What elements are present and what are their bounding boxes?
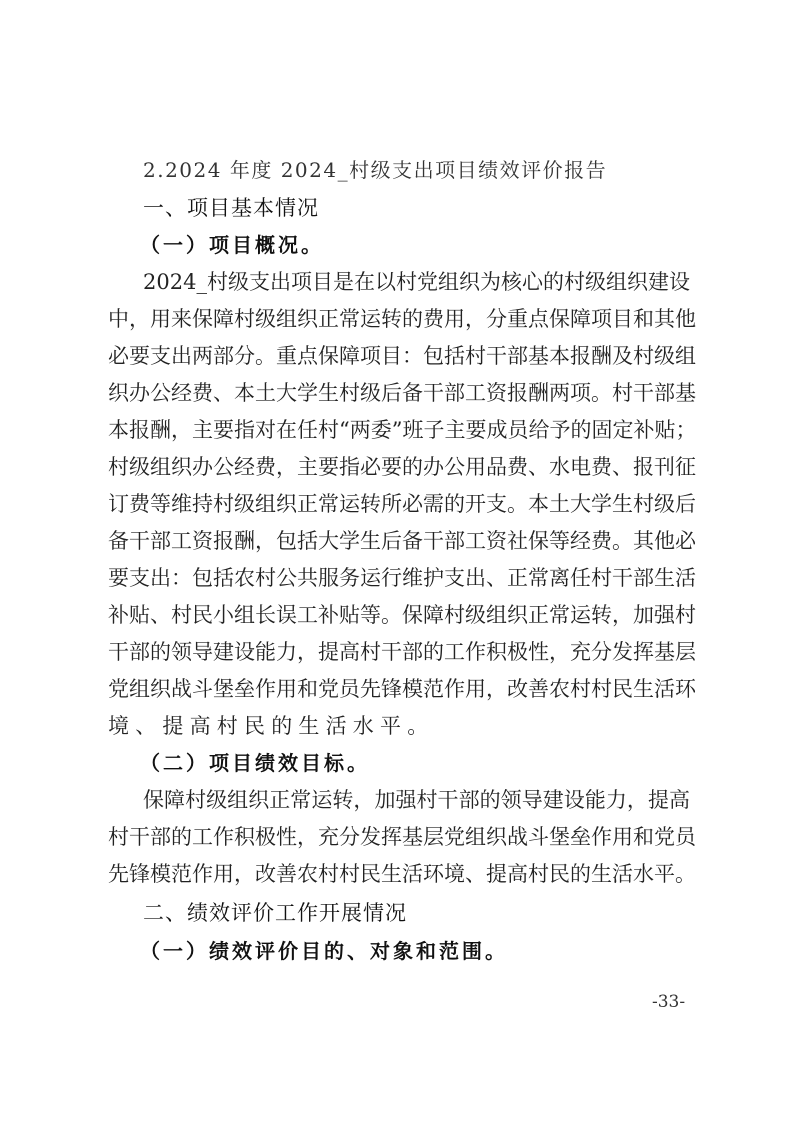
- paragraph-line: 党组织战斗堡垒作用和党员先锋模范作用，改善农村村民生活环: [108, 675, 690, 703]
- paragraph-line: 村级组织办公经费，主要指必要的办公用品费、水电费、报刊征: [108, 453, 690, 481]
- paragraph-line: 先锋模范作用，改善农村村民生活环境、提高村民的生活水平。: [108, 860, 690, 888]
- paragraph-line: 2024_村级支出项目是在以村党组织为核心的村级组织建设: [143, 268, 690, 296]
- paragraph-line: 必要支出两部分。重点保障项目：包括村干部基本报酬及村级组: [108, 342, 690, 370]
- paragraph-line: 要支出：包括农村公共服务运行维护支出、正常离任村干部生活: [108, 564, 690, 592]
- paragraph-line: 干部的领导建设能力，提高村干部的工作积极性，充分发挥基层: [108, 638, 690, 666]
- paragraph-line: 补贴、村民小组长误工补贴等。保障村级组织正常运转，加强村: [108, 601, 690, 629]
- subsection-heading-2-1: （一）绩效评价目的、对象和范围。: [140, 937, 722, 965]
- page-number: -33-: [652, 992, 685, 1012]
- paragraph-line: 中，用来保障村级组织正常运转的费用，分重点保障项目和其他: [108, 305, 690, 333]
- paragraph-line: 保障村级组织正常运转，加强村干部的领导建设能力，提高: [143, 786, 690, 814]
- paragraph-line: 村干部的工作积极性，充分发挥基层党组织战斗堡垒作用和党员: [108, 823, 690, 851]
- section-heading-1: 一、项目基本情况: [143, 194, 725, 222]
- document-title: 2.2024 年度 2024_村级支出项目绩效评价报告: [143, 156, 725, 184]
- paragraph-line: 订费等维持村级组织正常运转所必需的开支。本土大学生村级后: [108, 490, 690, 518]
- paragraph-line: 境、提高村民的生活水平。: [108, 712, 690, 740]
- paragraph-line: 本报酬，主要指对在任村“两委”班子主要成员给予的固定补贴；: [108, 416, 690, 444]
- subsection-heading-1-1: （一）项目概况。: [140, 231, 722, 259]
- document-page: 2.2024 年度 2024_村级支出项目绩效评价报告 一、项目基本情况 （一）…: [0, 0, 793, 1122]
- section-heading-2: 二、绩效评价工作开展情况: [143, 899, 725, 927]
- subsection-heading-1-2: （二）项目绩效目标。: [140, 749, 722, 777]
- paragraph-line: 备干部工资报酬，包括大学生后备干部工资社保等经费。其他必: [108, 527, 690, 555]
- paragraph-line: 织办公经费、本土大学生村级后备干部工资报酬两项。村干部基: [108, 379, 690, 407]
